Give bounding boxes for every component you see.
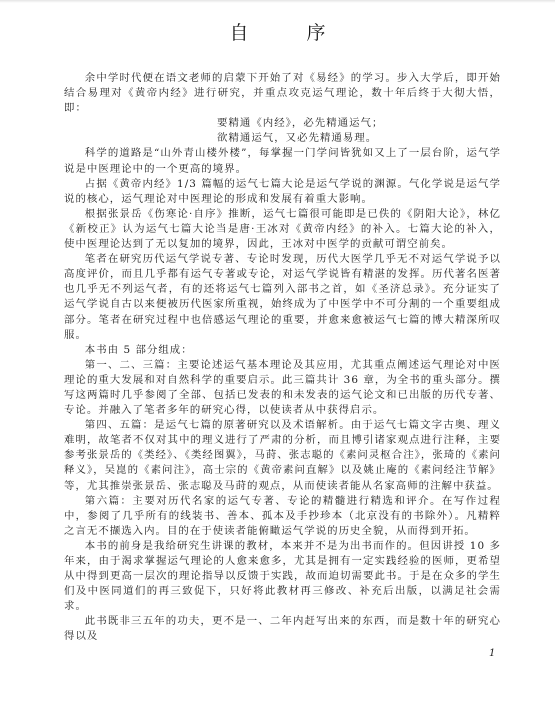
paragraph: 科学的道路是“山外青山楼外楼”，每掌握一门学问皆犹如又上了一层台阶，运气学说是中…: [64, 146, 501, 176]
preface-body: 余中学时代便在语文老师的启蒙下开始了对《易经》的学习。步入大学后，即开始结合易理…: [64, 71, 501, 645]
paragraph: 本书由 5 部分组成：: [64, 343, 501, 358]
paragraph: 第一、二、三篇：主要论述运气基本理论及其应用，尤其重点阐述运气理论对中医理论的重…: [64, 358, 501, 418]
paragraph: 此书既非三五年的功夫，更不是一、二年内赶写出来的东西，而是数十年的研究心得以及: [64, 614, 501, 644]
paragraph: 根据张景岳《伤寒论·自序》推断，运气七篇很可能即是已佚的《阴阳大论》，林亿《新校…: [64, 207, 501, 252]
title-char-2: 序: [307, 18, 326, 45]
paragraph: 本书的前身是我给研究生讲课的教材，本来并不是为出书而作的。但因讲授 10 多年来…: [64, 539, 501, 614]
paragraph: 笔者在研究历代运气学说专著、专论时发现，历代大医学几乎无不对运气学说予以高度评价…: [64, 252, 501, 343]
paragraph: 占据《黄帝内经》1/3 篇幅的运气七篇大论是运气学说的渊源。气化学说是运气学说的…: [64, 177, 501, 207]
paragraph: 第四、五篇：是运气七篇的原著研究以及术语解析。由于运气七篇文字古奥、理义难明，故…: [64, 418, 501, 493]
verse-line: 要精通《内经》，必先精通运气；: [64, 116, 501, 131]
title-char-1: 自: [229, 18, 248, 45]
paragraph: 余中学时代便在语文老师的启蒙下开始了对《易经》的学习。步入大学后，即开始结合易理…: [64, 71, 501, 116]
page-title: 自序: [0, 18, 555, 45]
page-number: 1: [489, 648, 495, 659]
paragraph: 第六篇：主要对历代名家的运气专著、专论的精髓进行精选和评介。在写作过程中，参阅了…: [64, 494, 501, 539]
verse-line: 欲精通运气，又必先精通易理。: [64, 131, 501, 146]
document-page: 自序 余中学时代便在语文老师的启蒙下开始了对《易经》的学习。步入大学后，即开始结…: [0, 0, 555, 717]
